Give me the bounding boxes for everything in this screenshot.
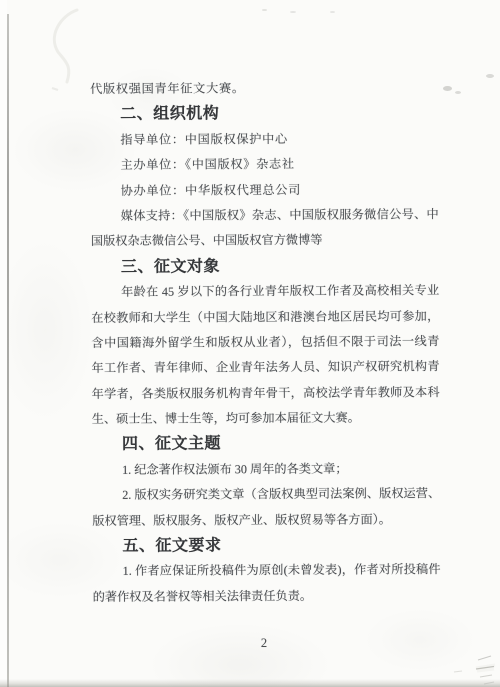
- document-body: 代版权强国青年征文大赛。 二、组织机构 指导单位：中国版权保护中心 主办单位：《…: [90, 75, 441, 610]
- line-eligibility-2: 在校教师和大学生（中国大陆地区和港澳台地区居民均可参加，: [91, 304, 439, 331]
- line-intro-tail: 代版权强国青年征文大赛。: [90, 75, 438, 102]
- line-requirement-1b: 的著作权及名誉权等相关法律责任负责。: [93, 583, 441, 610]
- line-coorganizer-unit: 协办单位：中华版权代理总公司: [91, 177, 439, 204]
- line-topic-2a: 2. 版权实务研究类文章（含版权典型司法案例、版权运营、: [92, 481, 440, 508]
- line-host-unit: 主办单位：《中国版权》杂志社: [90, 151, 438, 178]
- line-eligibility-6: 生、硕士生、博士生等，均可参加本届征文大赛。: [92, 405, 440, 432]
- line-topic-2b: 版权管理、版权服务、版权产业、版权贸易等各方面）。: [92, 507, 440, 534]
- heading-eligibility: 三、征文对象: [91, 253, 439, 280]
- speck-top-right-2: [455, 91, 461, 94]
- pencil-scribble-bottom-right: [440, 640, 500, 687]
- scanned-document-page: { "document": { "intro_tail": "代版权强国青年征文…: [0, 0, 500, 687]
- speck-top-edge-2: [290, 11, 296, 13]
- line-eligibility-5: 年学者，各类版权服务机构青年骨干，高校法学青年教师及本科: [92, 380, 440, 407]
- line-topic-1: 1. 纪念著作权法颁布 30 周年的各类文章；: [92, 456, 440, 483]
- heading-organizers: 二、组织机构: [90, 101, 438, 128]
- speck-top-right-3: [486, 74, 494, 78]
- heading-topics: 四、征文主题: [92, 431, 440, 458]
- scan-bottom-edge: [0, 679, 500, 687]
- scan-edge-line: [7, 14, 9, 687]
- line-guiding-unit: 指导单位：中国版权保护中心: [90, 126, 438, 153]
- scan-left-strip: [0, 0, 7, 687]
- line-eligibility-3: 含中国籍海外留学生和版权从业者），包括但不限于司法一线青: [91, 329, 439, 356]
- speck-top-edge-3: [330, 11, 335, 13]
- line-media-support-1: 媒体支持：《中国版权》杂志、中国版权服务微信公号、中: [91, 202, 439, 229]
- line-eligibility-1: 年龄在 45 岁以下的各行业青年版权工作者及高校相关专业: [91, 278, 439, 305]
- line-eligibility-4: 年工作者、青年律师、企业青年法务人员、知识产权研究机构青: [91, 354, 439, 381]
- speck-top-edge-1: [262, 9, 267, 11]
- scan-background: 代版权强国青年征文大赛。 二、组织机构 指导单位：中国版权保护中心 主办单位：《…: [0, 0, 500, 687]
- line-media-support-2: 国版权杂志微信公号、中国版权官方微博等: [91, 228, 439, 255]
- line-requirement-1a: 1. 作者应保证所投稿件为原创(未曾发表)，作者对所投稿件: [93, 558, 441, 585]
- page-number: 2: [90, 630, 438, 656]
- heading-requirements: 五、征文要求: [92, 532, 440, 559]
- speck-top-right-1: [443, 86, 452, 91]
